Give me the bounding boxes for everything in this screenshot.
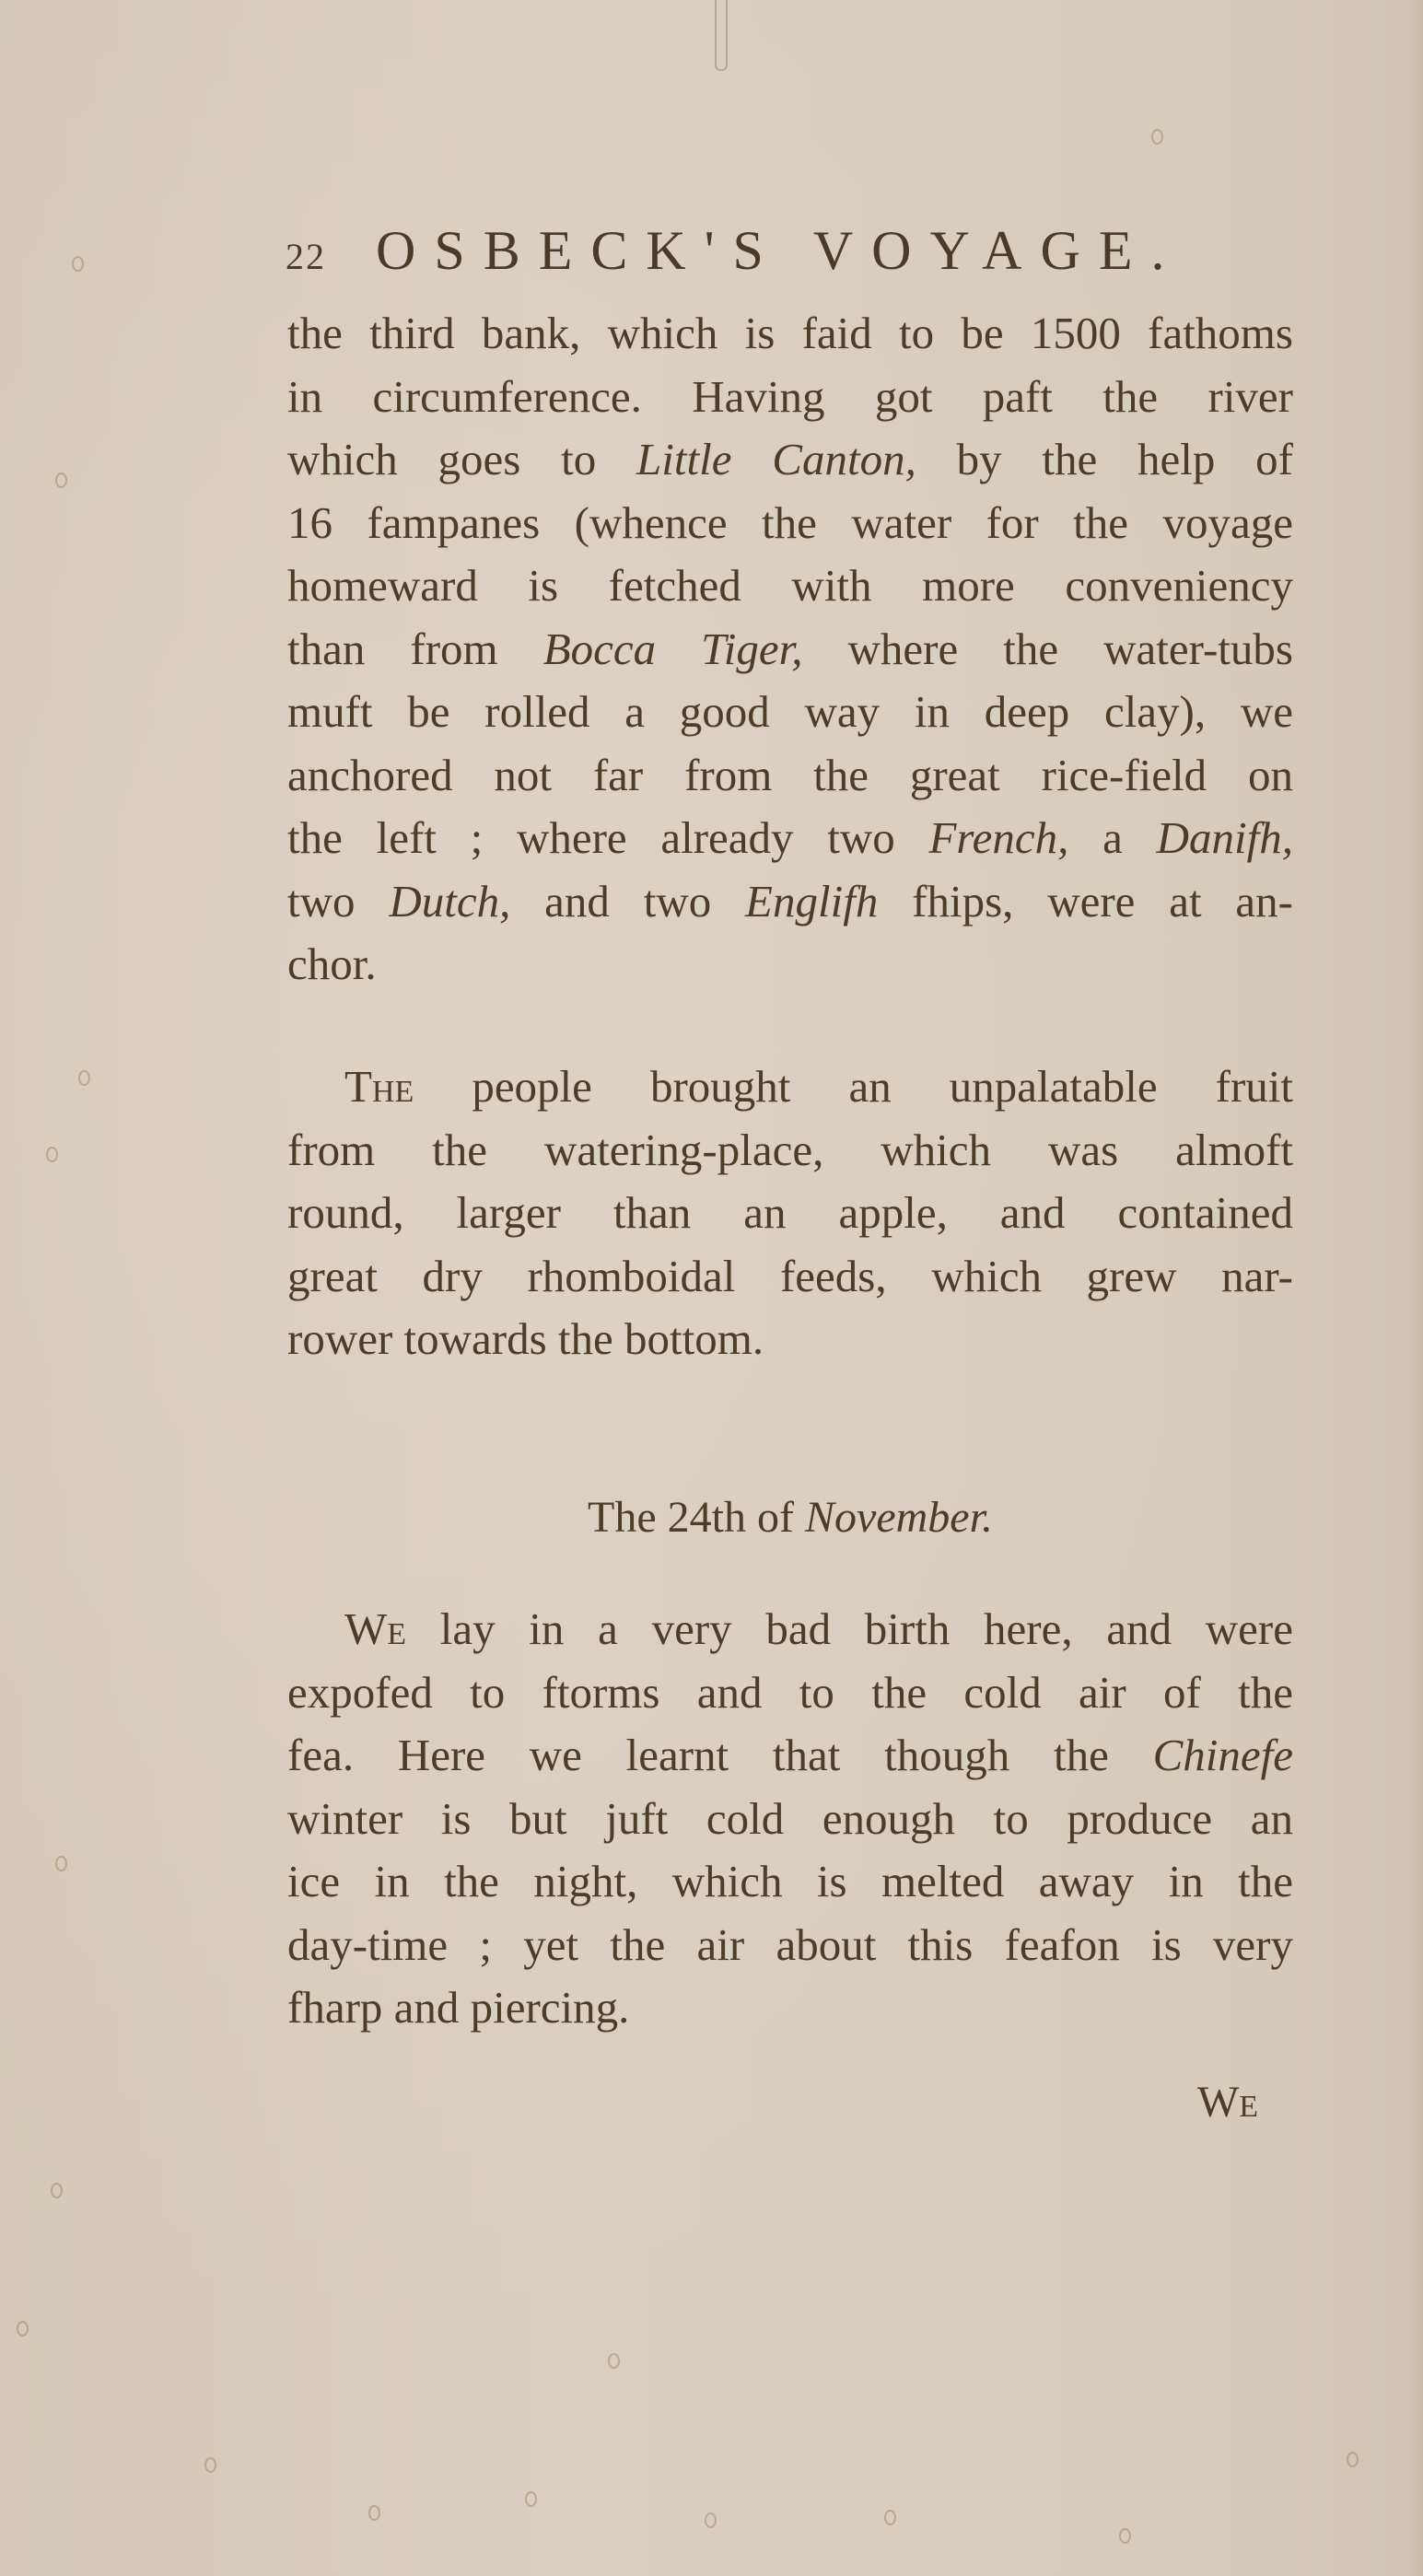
text-line: 16 fampanes (whence the water for the vo… <box>287 492 1293 555</box>
catchword: We <box>1197 2077 1258 2127</box>
text-run: lay in a very bad birth here, and were <box>406 1603 1293 1654</box>
text-line: rower towards the bottom. <box>287 1308 1293 1371</box>
date-heading: The 24th of November. <box>287 1492 1293 1543</box>
text-line: the third bank, which is faid to be 1500… <box>287 302 1293 366</box>
running-head: 22 OSBECK'S VOYAGE. <box>286 219 1299 284</box>
paper-speck <box>608 2353 620 2369</box>
page-edge-shadow <box>1410 0 1423 2576</box>
paper-speck <box>51 2183 63 2198</box>
paragraph-2: The people brought an unpalatable fruit … <box>287 1055 1293 1371</box>
text-line: fharp and piercing. <box>287 1976 1293 2040</box>
text-run: people brought an unpalatable fruit <box>414 1061 1293 1112</box>
paper-speck <box>55 1856 67 1871</box>
page-number: 22 <box>286 235 326 278</box>
nationality-italic: Dutch, <box>389 876 510 927</box>
text-line: than from Bocca Tiger, where the water-t… <box>287 618 1293 682</box>
paragraph-3: We lay in a very bad birth here, and wer… <box>287 1598 1293 2040</box>
text-line: homeward is fetched with more convenienc… <box>287 554 1293 618</box>
paper-speck <box>46 1147 58 1162</box>
running-title: OSBECK'S VOYAGE. <box>376 219 1183 283</box>
text-line: chor. <box>287 933 1293 997</box>
paper-speck <box>1151 129 1163 145</box>
paper-speck <box>368 2505 380 2521</box>
month-italic: November. <box>805 1493 993 1542</box>
text-line: fea. Here we learnt that though the Chin… <box>287 1724 1293 1788</box>
paper-speck <box>525 2491 537 2507</box>
paper-speck <box>55 472 67 488</box>
place-name-italic: Little Canton, <box>636 434 916 484</box>
date-heading-text: The 24th of <box>588 1493 805 1542</box>
text-line: winter is but juft cold enough to produc… <box>287 1788 1293 1851</box>
text-run: by the help of <box>916 434 1293 484</box>
catchword-text: We <box>1197 2078 1258 2127</box>
paper-speck <box>72 256 84 272</box>
text-line: from the watering-place, which was almof… <box>287 1119 1293 1183</box>
text-line: The people brought an unpalatable fruit <box>287 1055 1293 1119</box>
paper-speck <box>78 1070 90 1086</box>
text-run: than from <box>287 624 543 674</box>
nationality-italic: Danifh, <box>1157 812 1293 863</box>
text-line: round, larger than an apple, and contain… <box>287 1182 1293 1245</box>
text-run: which goes to <box>287 434 636 484</box>
book-page: 22 OSBECK'S VOYAGE. the third bank, whic… <box>0 0 1423 2576</box>
text-run: the left ; where already two <box>287 812 928 863</box>
text-line: We lay in a very bad birth here, and wer… <box>287 1598 1293 1661</box>
lead-word-smallcaps: We <box>344 1603 406 1654</box>
text-run: fea. Here we learnt that though the <box>287 1730 1153 1780</box>
text-run: and two <box>510 876 745 927</box>
paper-speck <box>1119 2528 1131 2544</box>
text-line: great dry rhomboidal feeds, which grew n… <box>287 1245 1293 1309</box>
text-line: in circumference. Having got paft the ri… <box>287 366 1293 429</box>
nationality-italic: French, <box>928 812 1068 863</box>
paragraph-1: the third bank, which is faid to be 1500… <box>287 302 1293 997</box>
paper-speck <box>17 2321 29 2337</box>
nationality-italic: Chinefe <box>1153 1730 1293 1780</box>
text-line: muft be rolled a good way in deep clay),… <box>287 681 1293 744</box>
text-line: anchored not far from the great rice-fie… <box>287 744 1293 808</box>
text-run: a <box>1068 812 1156 863</box>
text-line: the left ; where already two French, a D… <box>287 807 1293 870</box>
place-name-italic: Bocca Tiger, <box>543 624 803 674</box>
binding-thread-mark <box>715 0 728 71</box>
text-line: two Dutch, and two Englifh fhips, were a… <box>287 870 1293 934</box>
text-run: two <box>287 876 389 927</box>
text-run: where the water-tubs <box>802 624 1293 674</box>
text-line: which goes to Little Canton, by the help… <box>287 428 1293 492</box>
text-line: ice in the night, which is melted away i… <box>287 1850 1293 1914</box>
paper-speck <box>705 2512 717 2528</box>
text-line: day-time ; yet the air about this feafon… <box>287 1914 1293 1977</box>
text-line: expofed to ftorms and to the cold air of… <box>287 1661 1293 1725</box>
paper-speck <box>884 2510 896 2525</box>
text-run: fhips, were at an- <box>878 876 1293 927</box>
paper-speck <box>1347 2452 1359 2467</box>
paper-speck <box>204 2457 216 2473</box>
nationality-italic: Englifh <box>745 876 878 927</box>
lead-word-smallcaps: The <box>344 1061 414 1112</box>
